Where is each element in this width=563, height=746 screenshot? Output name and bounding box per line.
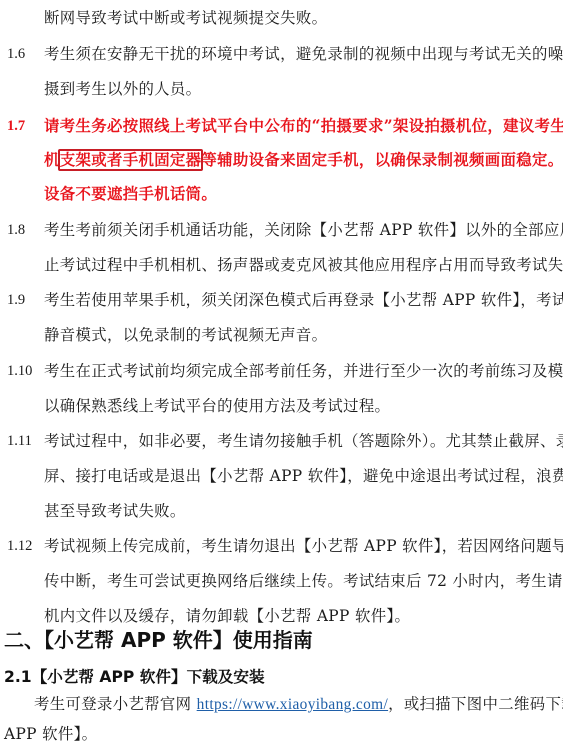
- item-number-1-6: 1.6: [7, 44, 25, 64]
- highlight-box: 支架或者手机固定器: [58, 149, 204, 171]
- item-1-7-line-2: 机支架或者手机固定器等辅助设备来固定手机，以确保录制视频画面稳定。注意辅助: [44, 150, 563, 170]
- item-1-10-line-1: 考生在正式考试前均须完成全部考前任务，并进行至少一次的考前练习及模拟考试，: [44, 361, 563, 381]
- item-1-12-line-2: 传中断，考生可尝试更换网络后继续上传。考试结束后 72 小时内，考生请勿清理手: [44, 571, 563, 591]
- item-1-7-line-3: 设备不要遮挡手机话筒。: [44, 184, 217, 204]
- item-1-12-line-3: 机内文件以及缓存，请勿卸载【小艺帮 APP 软件】。: [44, 606, 410, 626]
- item-1-8-line-2: 止考试过程中手机相机、扬声器或麦克风被其他应用程序占用而导致考试失败。: [44, 255, 563, 275]
- item-number-1-9: 1.9: [7, 290, 25, 310]
- item-number-1-11: 1.11: [7, 431, 32, 451]
- item-1-7-line-1: 请考生务必按照线上考试平台中公布的“拍摄要求”架设拍摄机位，建议考生使用手: [44, 116, 563, 136]
- item-number-1-12: 1.12: [7, 536, 32, 556]
- subsection-heading-2-1: 2.1【小艺帮 APP 软件】下载及安装: [4, 666, 265, 688]
- item-1-12-line-1: 考试视频上传完成前，考生请勿退出【小艺帮 APP 软件】，若因网络问题导致视频上: [44, 536, 563, 556]
- section-heading-2: 二、【小艺帮 APP 软件】使用指南: [4, 627, 313, 653]
- item-number-1-8: 1.8: [7, 220, 25, 240]
- download-paragraph-line-2: APP 软件】。: [4, 724, 97, 744]
- item-1-11-line-1: 考试过程中，如非必要，考生请勿接触手机（答题除外）。尤其禁止截屏、录屏、锁: [44, 431, 563, 451]
- item-number-1-10: 1.10: [7, 361, 32, 381]
- item-1-9-line-1: 考生若使用苹果手机，须关闭深色模式后再登录【小艺帮 APP 软件】，考试时须关闭: [44, 290, 563, 310]
- item-1-8-line-1: 考生考前须关闭手机通话功能，关闭除【小艺帮 APP 软件】以外的全部应用程序，防: [44, 220, 563, 240]
- item-1-6-line-1: 考生须在安静无干扰的环境中考试，避免录制的视频中出现与考试无关的噪音，或拍: [44, 44, 563, 64]
- download-paragraph-post: ，或扫描下图中二维码下载【小艺帮: [388, 695, 563, 713]
- item-number-1-7: 1.7: [7, 116, 25, 136]
- item-1-11-line-2: 屏、接打电话或是退出【小艺帮 APP 软件】，避免中途退出考试过程，浪费录制机会…: [44, 466, 563, 486]
- download-paragraph-pre: 考生可登录小艺帮官网: [34, 695, 197, 713]
- official-site-link[interactable]: https://www.xiaoyibang.com/: [197, 696, 388, 713]
- download-paragraph-line-1: 考生可登录小艺帮官网 https://www.xiaoyibang.com/，或…: [34, 694, 563, 715]
- item-1-7-line-2-post: 等辅助设备来固定手机，以确保录制视频画面稳定。注意辅助: [201, 151, 563, 169]
- item-1-11-line-3: 甚至导致考试失败。: [44, 501, 186, 521]
- item-1-10-line-2: 以确保熟悉线上考试平台的使用方法及考试过程。: [44, 396, 390, 416]
- item-1-6-line-2: 摄到考生以外的人员。: [44, 79, 201, 99]
- item-1-9-line-2: 静音模式，以免录制的考试视频无声音。: [44, 325, 327, 345]
- paragraph-continuation: 断网导致考试中断或考试视频提交失败。: [44, 8, 327, 28]
